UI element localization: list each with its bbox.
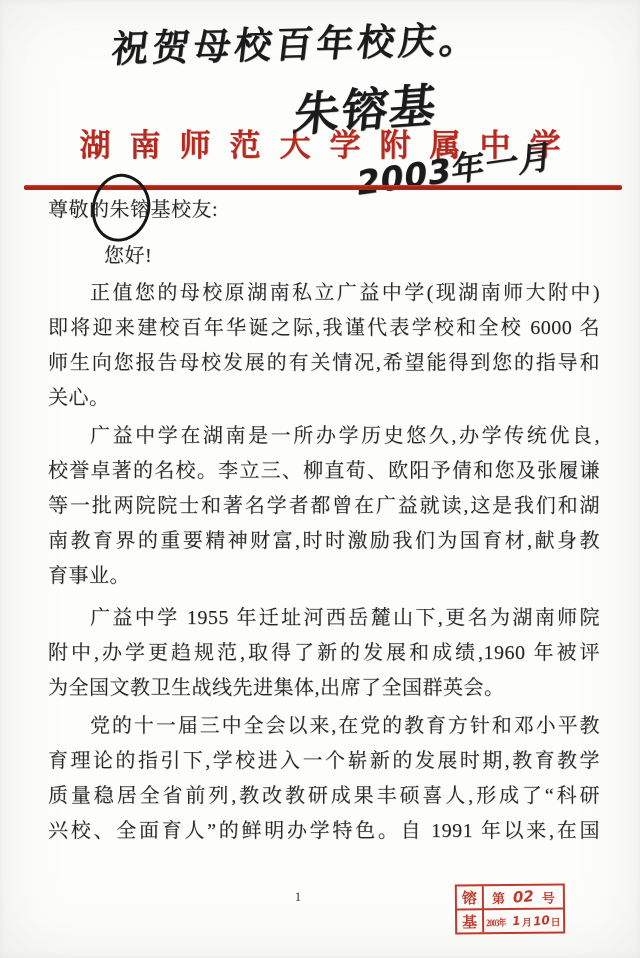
- body-line: 南教育界的重要精神财富,时时激励我们为国育材,献身教: [48, 524, 600, 559]
- stamp-date-day-handwritten: 10: [532, 913, 550, 929]
- body-line: 正值您的母校原湖南私立广益中学(现湖南师大附中): [48, 276, 600, 311]
- stamp-number-row: 第 02 号: [484, 886, 563, 911]
- body-line: 师生向您报告母校发展的有关情况,希望能得到您的指导和: [48, 346, 600, 381]
- greeting-line: 您好!: [48, 239, 600, 274]
- body-line: 校誉卓著的名校。李立三、柳直荀、欧阳予倩和您及张履谦: [48, 454, 600, 489]
- stamp-date-row: 2003年 1 月 10 日: [484, 910, 563, 933]
- stamp-date-month-label: 月: [522, 913, 532, 928]
- stamp-number-handwritten: 02: [512, 887, 534, 907]
- body-line: 附中,办学更趋规范,取得了新的发展和成绩,1960 年被评: [48, 636, 600, 671]
- stamp-number-prefix: 第: [492, 888, 505, 907]
- body-line: 育事业。: [48, 559, 600, 594]
- salutation-line: 尊敬的朱镕基校友:: [48, 193, 600, 228]
- body-line: 等一批两院院士和著名学者都曾在广益就读,这是我们和湖: [48, 489, 600, 524]
- stamp-name-column: 镕 基: [457, 886, 484, 932]
- stamp-number-suffix: 号: [542, 887, 555, 906]
- stamp-date-year: 2003年: [487, 914, 507, 929]
- stamp-date-month-handwritten: 1: [512, 914, 522, 929]
- body-line: 即将迎来建校百年华诞之际,我谨代表学校和全校 6000 名: [48, 311, 600, 346]
- body-line: 质量稳居全省前列,教改教研成果丰硕喜人,形成了“科研: [48, 779, 600, 814]
- stamp-name-char-bottom: 基: [457, 910, 482, 932]
- stamp-fields-column: 第 02 号 2003年 1 月 10 日: [484, 886, 563, 933]
- body-line: 为全国文教卫生战线先进集体,出席了全国群英会。: [48, 671, 600, 706]
- body-line: 党的十一届三中全会以来,在党的教育方针和邓小平教: [48, 709, 600, 744]
- body-line: 关心。: [48, 381, 600, 416]
- handwritten-greeting: 祝贺母校百年校庆。: [109, 9, 484, 73]
- body-line: 广益中学在湖南是一所办学历史悠久,办学传统优良,: [48, 419, 600, 454]
- received-stamp: 镕 基 第 02 号 2003年 1 月 10 日: [455, 884, 565, 935]
- body-line: 育理论的指引下,学校进入一个崭新的发展时期,教育教学: [48, 744, 600, 779]
- handwritten-signature: 朱镕基: [291, 69, 442, 146]
- letter-body: 尊敬的朱镕基校友: 您好! 正值您的母校原湖南私立广益中学(现湖南师大附中) 即…: [48, 193, 600, 849]
- page-number: 1: [288, 889, 308, 905]
- body-line: 兴校、全面育人”的鲜明办学特色。自 1991 年以来,在国: [48, 814, 600, 849]
- stamp-date-day-label: 日: [551, 913, 561, 928]
- body-line: 广益中学 1955 年迁址河西岳麓山下,更名为湖南师院: [48, 601, 600, 636]
- stamp-name-char-top: 镕: [457, 886, 482, 910]
- scanned-letter-page: 祝贺母校百年校庆。 湖南师范大学附属中学 朱镕基 2003年一月 尊敬的朱镕基校…: [0, 0, 640, 958]
